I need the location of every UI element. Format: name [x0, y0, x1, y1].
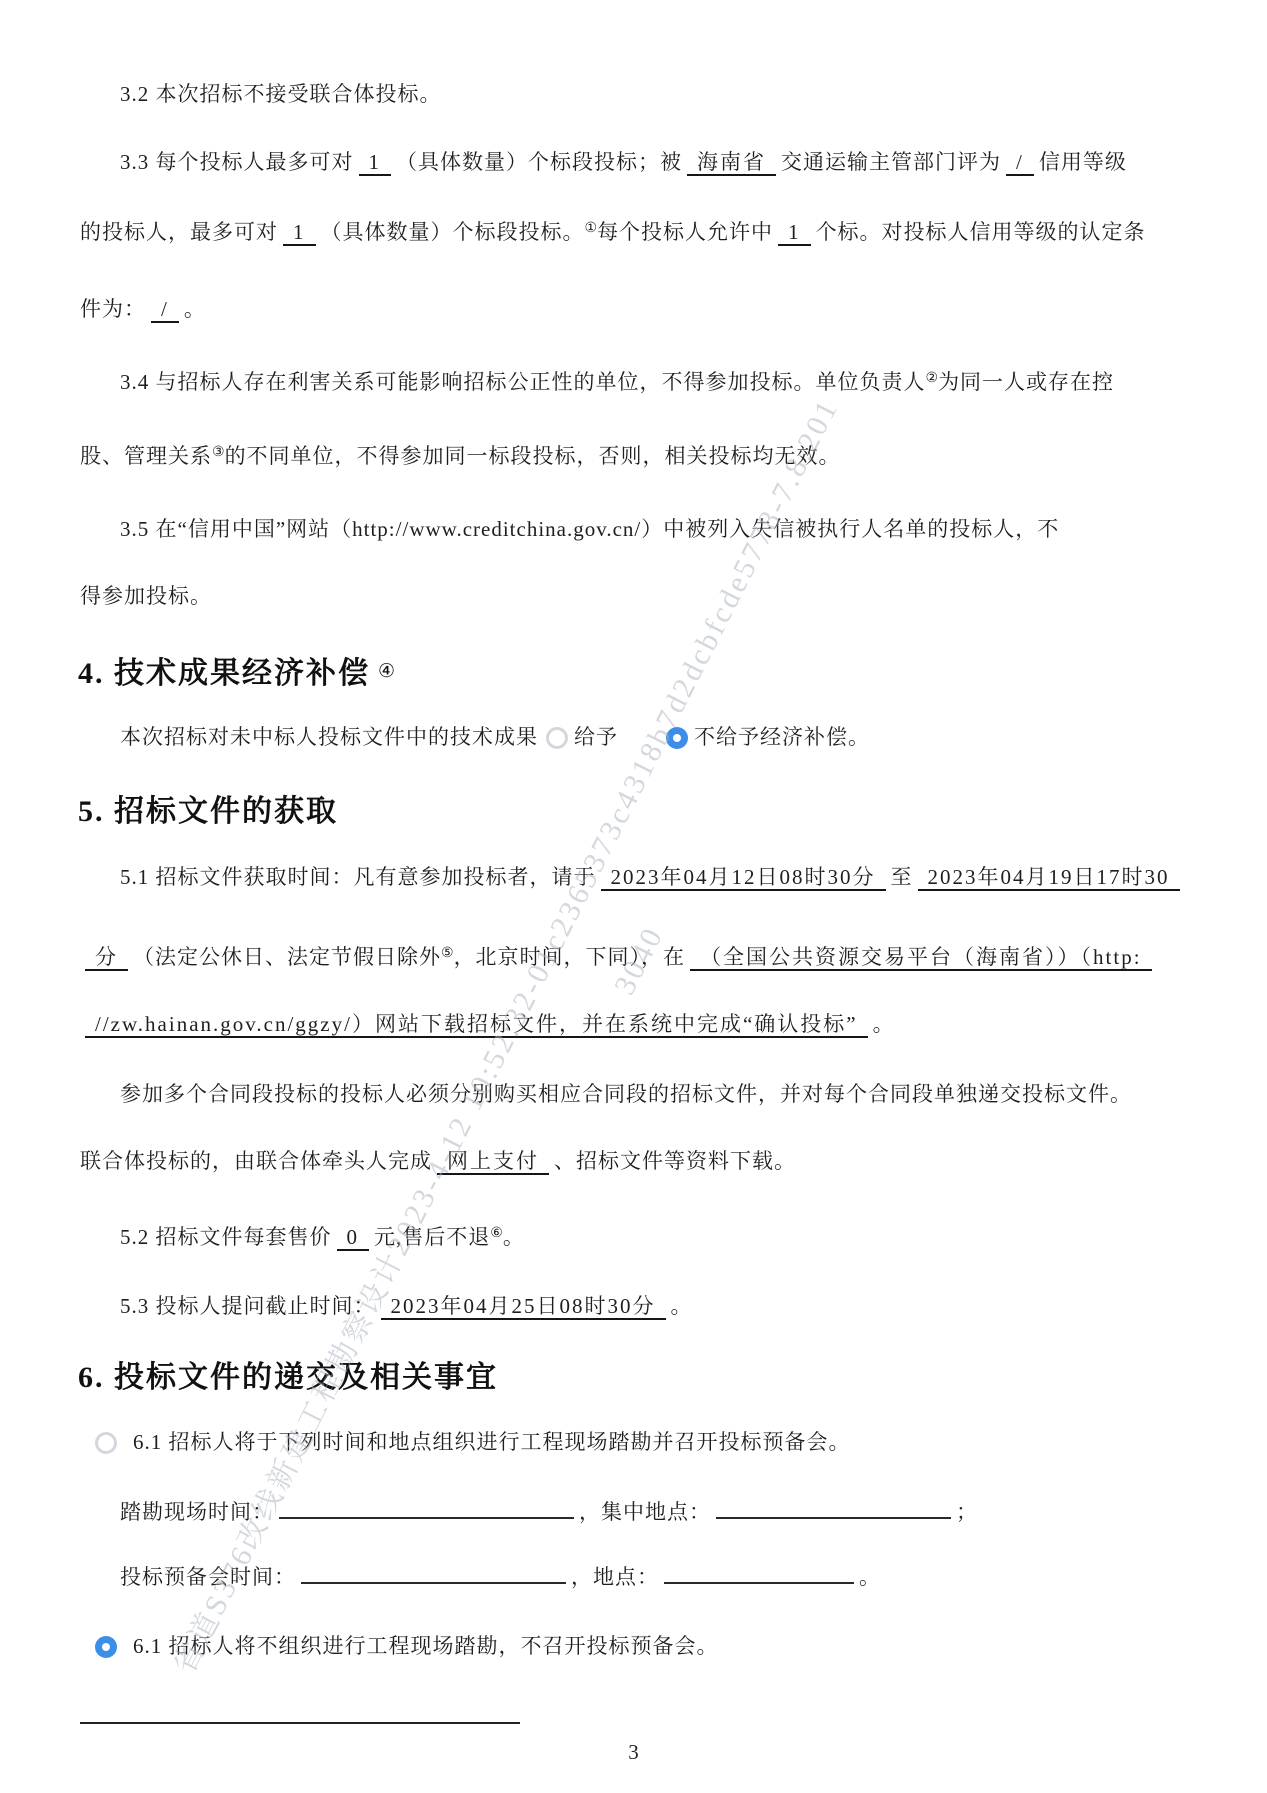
text-segment: 为同一人或存在控	[938, 370, 1114, 394]
site-visit-not-organized-row: 6.1 招标人将不组织进行工程现场踏勘，不召开投标预备会。	[95, 1630, 719, 1660]
text-segment: ；	[956, 1500, 978, 1524]
filled-in-value: /	[1006, 150, 1034, 176]
heading-section-6: 6. 投标文件的递交及相关事宜	[78, 1352, 498, 1396]
paragraph-3-5-line1: 3.5 在“信用中国”网站（http://www.creditchina.gov…	[120, 513, 1059, 543]
paragraph-5-1-line3: //zw.hainan.gov.cn/ggzy/）网站下载招标文件，并在系统中完…	[80, 1008, 895, 1038]
paragraph-5-3: 5.3 投标人提问截止时间：2023年04月25日08时30分。	[120, 1290, 693, 1320]
paragraph-5-1-line4: 参加多个合同段投标的投标人必须分别购买相应合同段的招标文件，并对每个合同段单独递…	[120, 1078, 1132, 1108]
filled-in-value: //zw.hainan.gov.cn/ggzy/）网站下载招标文件，并在系统中完…	[85, 1012, 868, 1038]
filled-in-value: （全国公共资源交易平台（海南省））（http:	[690, 945, 1152, 971]
text-segment: 信用等级	[1039, 150, 1127, 174]
site-visit-organized-row: 6.1 招标人将于下列时间和地点组织进行工程现场踏勘并召开投标预备会。	[95, 1426, 851, 1456]
text-segment: 个标。对投标人信用等级的认定条	[816, 220, 1146, 244]
paragraph-3-3-line2: 的投标人，最多可对1（具体数量）个标段投标。①每个投标人允许中1个标。对投标人信…	[80, 216, 1146, 246]
text-segment: 股、管理关系	[80, 444, 212, 468]
paragraph-3-4-line2: 股、管理关系③的不同单位，不得参加同一标段投标，否则，相关投标均无效。	[80, 440, 841, 470]
paragraph-5-1-line2: 分（法定公休日、法定节假日除外⑤，北京时间，下同），在（全国公共资源交易平台（海…	[80, 941, 1157, 971]
text-segment: （具体数量）个标段投标；被	[396, 150, 682, 174]
text-segment: 5.1 招标文件获取时间：凡有意参加投标者，请于	[120, 865, 596, 889]
text-segment: 。	[873, 1012, 895, 1036]
text-segment: 。	[859, 1565, 881, 1589]
heading-4-footnote-mark: ④	[378, 661, 397, 682]
heading-section-4: 4. 技术成果经济补偿④	[78, 648, 397, 692]
text-segment: （法定公休日、法定节假日除外	[133, 945, 441, 969]
document-page: 3.2 本次招标不接受联合体投标。 3.3 每个投标人最多可对1（具体数量）个标…	[0, 0, 1267, 1793]
filled-in-value: 2023年04月25日08时30分	[381, 1294, 666, 1320]
paragraph-5-1-line1: 5.1 招标文件获取时间：凡有意参加投标者，请于2023年04月12日08时30…	[120, 861, 1185, 891]
text-segment: 。	[671, 1294, 693, 1318]
footnote-mark: ⑤	[441, 946, 454, 961]
text-segment: ，集中地点：	[579, 1500, 711, 1524]
filled-in-value: /	[151, 297, 179, 323]
site-visit-time-line: 踏勘现场时间：，集中地点：；	[120, 1495, 978, 1526]
footnote-separator	[80, 1722, 520, 1724]
give-compensation-radio[interactable]	[546, 727, 568, 749]
paragraph-3-3-line1: 3.3 每个投标人最多可对1（具体数量）个标段投标；被海南省交通运输主管部门评为…	[120, 146, 1127, 176]
filled-in-value: 1	[359, 150, 392, 176]
heading-4-text: 4. 技术成果经济补偿	[78, 657, 370, 690]
text-segment: 3.2 本次招标不接受联合体投标。	[120, 82, 442, 106]
heading-6-text: 6. 投标文件的递交及相关事宜	[78, 1361, 498, 1394]
compensation-row-text: 本次招标对未中标人投标文件中的技术成果	[120, 725, 538, 749]
text-segment: 3.3 每个投标人最多可对	[120, 150, 354, 174]
paragraph-5-2: 5.2 招标文件每套售价0元,售后不退⑥。	[120, 1221, 525, 1251]
text-segment: 得参加投标。	[80, 584, 212, 608]
paragraph-3-4-line1: 3.4 与招标人存在利害关系可能影响招标公正性的单位，不得参加投标。单位负责人②…	[120, 366, 1114, 396]
text-segment: 至	[891, 865, 913, 889]
text-segment: 5.2 招标文件每套售价	[120, 1225, 332, 1249]
site-visit-organized-radio[interactable]	[95, 1432, 117, 1454]
filled-in-value: 2023年04月19日17时30	[918, 865, 1180, 891]
site-visit-not-organized-label: 6.1 招标人将不组织进行工程现场踏勘，不召开投标预备会。	[133, 1634, 719, 1658]
filled-in-value: 海南省	[687, 150, 776, 176]
paragraph-3-2: 3.2 本次招标不接受联合体投标。	[120, 78, 442, 108]
compensation-row: 本次招标对未中标人投标文件中的技术成果给予不给予经济补偿。	[120, 721, 876, 751]
no-compensation-radio[interactable]	[666, 727, 688, 749]
footnote-mark: ②	[926, 371, 939, 386]
footnote-mark: ⑥	[490, 1226, 503, 1241]
text-segment: （具体数量）个标段投标。	[321, 220, 585, 244]
text-segment: 、招标文件等资料下载。	[554, 1149, 796, 1173]
text-segment: 元,售后不退	[374, 1225, 490, 1249]
blank-underline	[301, 1560, 566, 1584]
text-segment: 每个投标人允许中	[597, 220, 773, 244]
text-segment: 。	[184, 297, 206, 321]
blank-underline	[279, 1495, 574, 1519]
blank-underline	[716, 1495, 951, 1519]
text-segment: ，北京时间，下同），在	[454, 945, 686, 969]
paragraph-3-3-line3: 件为：/。	[80, 293, 206, 323]
text-segment: 3.5 在“信用中国”网站（http://www.creditchina.gov…	[120, 517, 1059, 541]
text-segment: 的不同单位，不得参加同一标段投标，否则，相关投标均无效。	[225, 444, 841, 468]
filled-in-value: 网上支付	[437, 1149, 549, 1175]
text-segment: 件为：	[80, 297, 146, 321]
text-segment: 5.3 投标人提问截止时间：	[120, 1294, 376, 1318]
give-compensation-label: 给予	[574, 725, 618, 749]
heading-5-text: 5. 招标文件的获取	[78, 795, 338, 828]
no-compensation-label: 不给予经济补偿。	[694, 725, 870, 749]
blank-underline	[664, 1560, 854, 1584]
filled-in-value: 2023年04月12日08时30分	[601, 865, 886, 891]
paragraph-3-5-line2: 得参加投标。	[80, 580, 212, 610]
heading-section-5: 5. 招标文件的获取	[78, 786, 338, 830]
site-visit-not-organized-radio[interactable]	[95, 1636, 117, 1658]
filled-in-value: 1	[778, 220, 811, 246]
text-segment: ，地点：	[571, 1565, 659, 1589]
text-segment: 踏勘现场时间：	[120, 1500, 274, 1524]
text-segment: 的投标人，最多可对	[80, 220, 278, 244]
page-number: 3	[0, 1740, 1267, 1765]
footnote-mark: ③	[212, 445, 225, 460]
text-segment: 交通运输主管部门评为	[781, 150, 1001, 174]
text-segment: 参加多个合同段投标的投标人必须分别购买相应合同段的招标文件，并对每个合同段单独递…	[120, 1082, 1132, 1106]
paragraph-5-1-line5: 联合体投标的，由联合体牵头人完成网上支付、招标文件等资料下载。	[80, 1145, 796, 1175]
pre-bid-meeting-line: 投标预备会时间：，地点：。	[120, 1560, 881, 1591]
filled-in-value: 0	[337, 1225, 370, 1251]
footnote-mark: ①	[585, 221, 598, 236]
text-segment: 。	[503, 1225, 525, 1249]
text-segment: 投标预备会时间：	[120, 1565, 296, 1589]
text-segment: 联合体投标的，由联合体牵头人完成	[80, 1149, 432, 1173]
site-visit-organized-label: 6.1 招标人将于下列时间和地点组织进行工程现场踏勘并召开投标预备会。	[133, 1430, 851, 1454]
text-segment: 3.4 与招标人存在利害关系可能影响招标公正性的单位，不得参加投标。单位负责人	[120, 370, 926, 394]
filled-in-value: 1	[283, 220, 316, 246]
filled-in-value: 分	[85, 945, 128, 971]
